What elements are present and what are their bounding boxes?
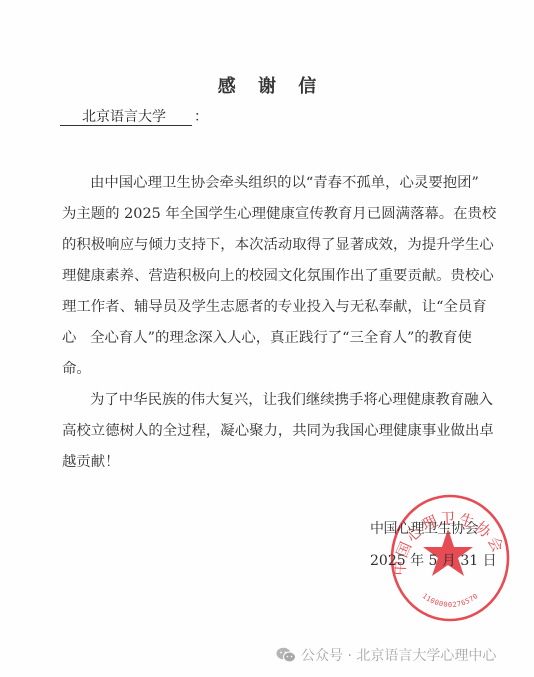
salutation: 北京语言大学： xyxy=(60,106,208,126)
letter-title: 感 谢 信 xyxy=(0,72,534,98)
paragraph-1: 由中国心理卫生协会牵头组织的以“青春不孤单，心灵要抱团” 为主题的 2025 年… xyxy=(62,168,486,385)
body-line: 心 全心育人”的理念深入人心，真正践行了“三全育人”的教育使 xyxy=(62,323,486,354)
seal-number: 1100000276570 xyxy=(421,592,480,609)
body-line: 理工作者、辅导员及学生志愿者的专业投入与无私奉献，让“全员育 xyxy=(62,292,486,323)
recipient-name: 北京语言大学 xyxy=(60,109,192,126)
signing-organization: 中国心理卫生协会 xyxy=(370,518,497,550)
body-line: 命。 xyxy=(62,354,486,385)
body-line: 为了中华民族的伟大复兴，让我们继续携手将心理健康教育融入 xyxy=(62,385,486,416)
body-line: 高校立德树人的全过程，凝心聚力，共同为我国心理健康事业做出卓 xyxy=(62,416,486,447)
svg-text:1100000276570: 1100000276570 xyxy=(421,592,480,609)
salutation-colon: ： xyxy=(194,109,208,125)
signing-date: 2025 年 5 月 31 日 xyxy=(370,550,497,570)
signature-block: 中国心理卫生协会 2025 年 5 月 31 日 xyxy=(370,518,497,570)
letter-body: 由中国心理卫生协会牵头组织的以“青春不孤单，心灵要抱团” 为主题的 2025 年… xyxy=(62,168,486,478)
body-line: 为主题的 2025 年全国学生心理健康宣传教育月已圆满落幕。在贵校 xyxy=(62,199,486,230)
wechat-icon xyxy=(276,647,296,663)
paragraph-2: 为了中华民族的伟大复兴，让我们继续携手将心理健康教育融入 高校立德树人的全过程，… xyxy=(62,385,486,478)
letter-page: 感 谢 信 北京语言大学： 由中国心理卫生协会牵头组织的以“青春不孤单，心灵要抱… xyxy=(0,0,534,677)
body-line: 越贡献！ xyxy=(62,447,486,478)
body-line: 由中国心理卫生协会牵头组织的以“青春不孤单，心灵要抱团” xyxy=(62,168,486,199)
watermark-label: 公众号 · 北京语言大学心理中心 xyxy=(301,645,496,665)
wechat-account-watermark: 公众号 · 北京语言大学心理中心 xyxy=(276,645,496,665)
body-line: 的积极响应与倾力支持下，本次活动取得了显著成效，为提升学生心 xyxy=(62,230,486,261)
body-line: 理健康素养、营造积极向上的校园文化氛围作出了重要贡献。贵校心 xyxy=(62,261,486,292)
